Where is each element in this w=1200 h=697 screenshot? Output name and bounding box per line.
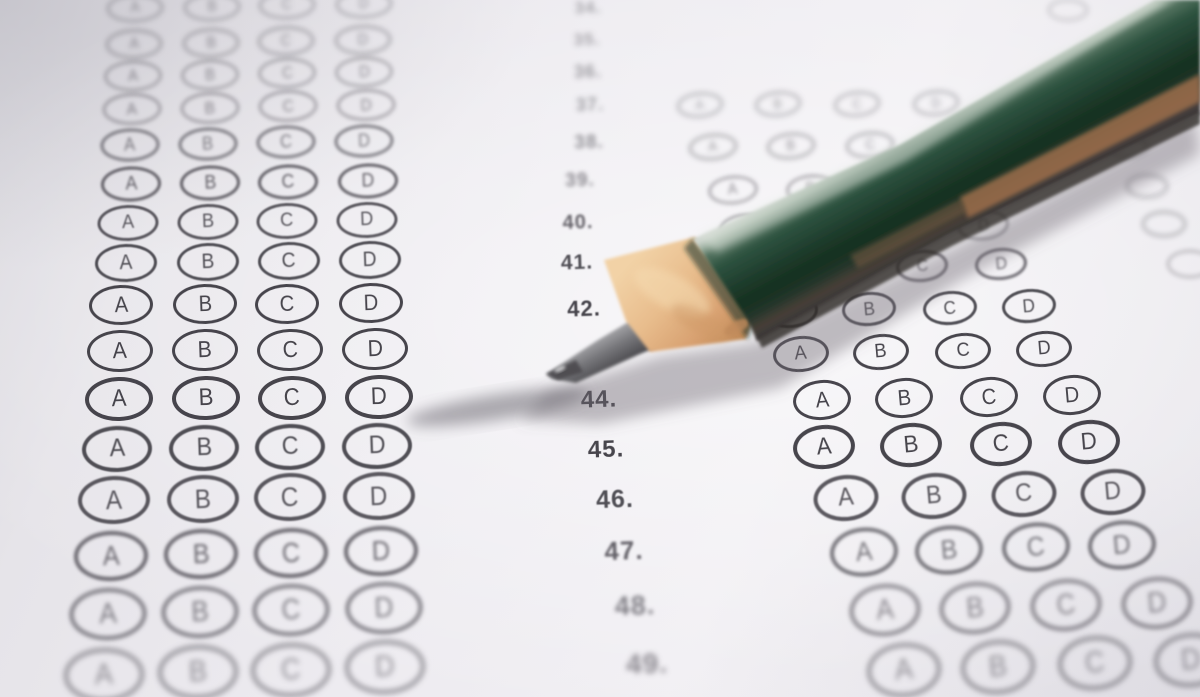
edge-bubble xyxy=(1167,250,1200,278)
edge-bubble xyxy=(1142,211,1186,237)
edge-bubble xyxy=(1126,174,1168,198)
right-edge-marks xyxy=(0,0,1200,697)
edge-bubble xyxy=(1108,136,1148,158)
photo-answer-sheet-with-pencil: ABCDABCDABCDABCDABCDABCDABCDABCDABCDABCD… xyxy=(0,0,1200,697)
edge-bubble xyxy=(1048,0,1088,21)
